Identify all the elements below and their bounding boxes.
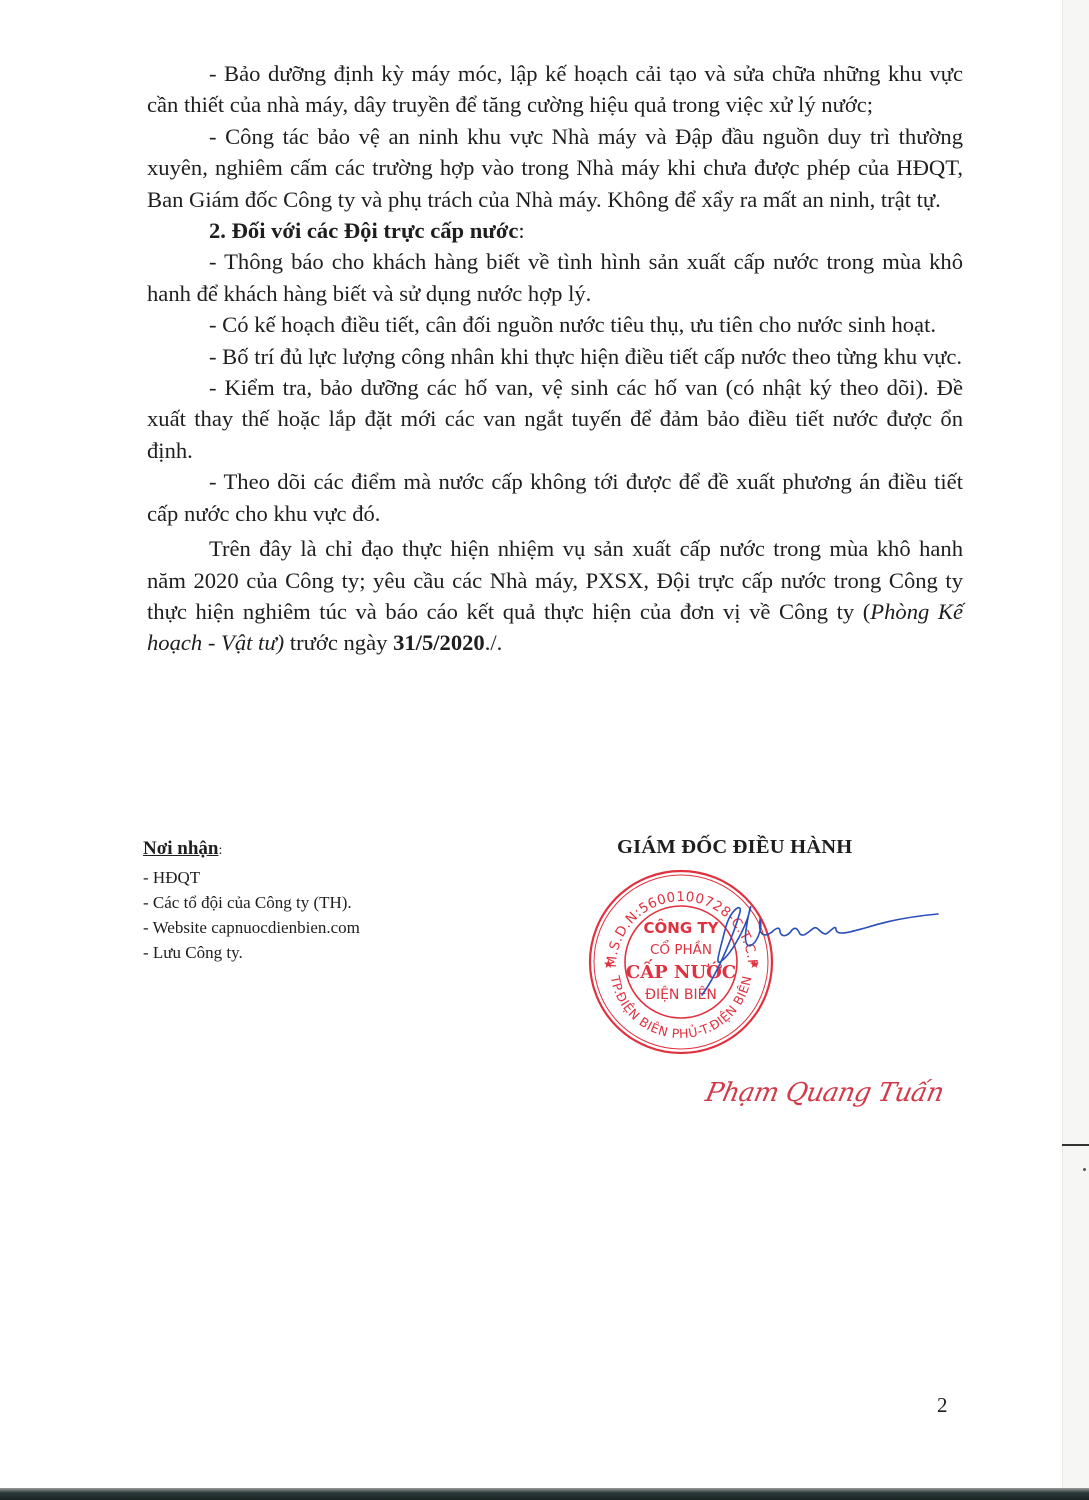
recipients-list: - HĐQT - Các tổ đội của Công ty (TH). - …: [143, 865, 360, 965]
recipient-item: - HĐQT: [143, 865, 360, 890]
page-number: 2: [937, 1393, 948, 1418]
recipients-block: Nơi nhận: - HĐQT - Các tổ đội của Công t…: [143, 836, 360, 965]
closing-paragraph: Trên đây là chỉ đạo thực hiện nhiệm vụ s…: [147, 533, 963, 659]
svg-text:★: ★: [603, 957, 614, 971]
signature-title: GIÁM ĐỐC ĐIỀU HÀNH: [617, 836, 852, 859]
recipients-heading: Nơi nhận:: [143, 836, 360, 863]
closing-end: ./.: [485, 630, 503, 655]
section-heading-water-teams: 2. Đối với các Đội trực cấp nước:: [147, 215, 963, 246]
document-page: - Bảo dưỡng định kỳ máy móc, lập kế hoạc…: [0, 0, 1063, 1488]
recipient-item: - Website capnuocdienbien.com: [143, 915, 360, 940]
handwritten-signature-icon: [700, 890, 940, 1010]
paragraph-maintenance: - Bảo dưỡng định kỳ máy móc, lập kế hoạc…: [147, 58, 963, 121]
deadline-date: 31/5/2020: [393, 630, 485, 655]
section-heading-text: 2. Đối với các Đội trực cấp nước: [209, 218, 518, 243]
closing-text-middle: trước ngày: [284, 630, 393, 655]
scan-margin-dot: [1083, 1168, 1086, 1171]
paragraph-monitor-points: - Theo dõi các điểm mà nước cấp không tớ…: [147, 466, 963, 529]
recipient-item: - Các tổ đội của Công ty (TH).: [143, 890, 360, 915]
paragraph-valve-inspection: - Kiểm tra, bảo dưỡng các hố van, vệ sin…: [147, 372, 963, 466]
paragraph-regulation-plan: - Có kế hoạch điều tiết, cân đối nguồn n…: [147, 309, 963, 340]
scan-margin-mark: [1062, 1144, 1089, 1146]
section-heading-colon: :: [518, 218, 524, 243]
paragraph-workforce: - Bố trí đủ lực lượng công nhân khi thực…: [147, 341, 963, 372]
closing-text: Trên đây là chỉ đạo thực hiện nhiệm vụ s…: [147, 536, 963, 624]
document-body: - Bảo dưỡng định kỳ máy móc, lập kế hoạc…: [147, 58, 963, 659]
paragraph-security: - Công tác bảo vệ an ninh khu vực Nhà má…: [147, 121, 963, 215]
signer-name: Phạm Quang Tuấn: [703, 1078, 947, 1108]
scan-edge: [0, 1488, 1089, 1500]
recipients-colon: :: [218, 843, 222, 858]
recipients-title: Nơi nhận: [143, 838, 218, 859]
recipient-item: - Lưu Công ty.: [143, 940, 360, 965]
paragraph-notify-customers: - Thông báo cho khách hàng biết về tình …: [147, 246, 963, 309]
